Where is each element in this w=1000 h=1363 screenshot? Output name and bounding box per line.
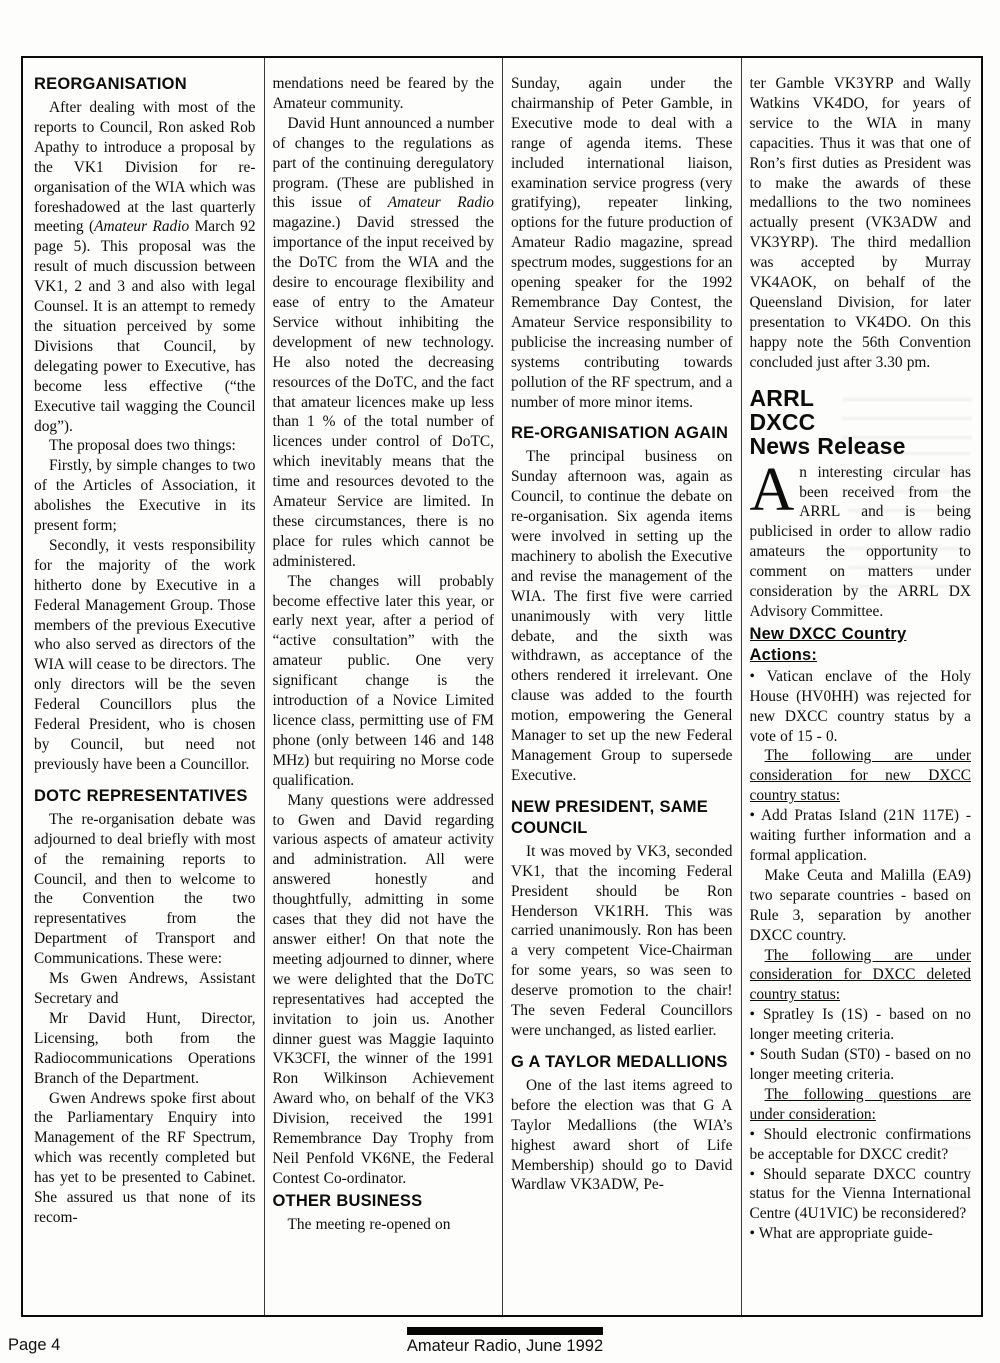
column-rule <box>502 58 503 1315</box>
bullet-item: • Vatican enclave of the Holy House (HV0… <box>750 667 972 747</box>
footer-divider-bar <box>407 1327 603 1335</box>
bullet-item: • Should separate DXCC country status fo… <box>750 1165 972 1225</box>
paragraph: Make Ceuta and Malilla (EA9) two separat… <box>750 866 972 946</box>
paragraph: Mr David Hunt, Director, Licensing, both… <box>34 1009 256 1089</box>
bullet-item: • Spratley Is (1S) - based on no longer … <box>750 1005 972 1045</box>
section-heading: OTHER BUSINESS <box>273 1191 495 1212</box>
page-border-frame: REORGANISATIONAfter dealing with most of… <box>21 56 983 1317</box>
underlined-lead: The following are under consideration fo… <box>750 946 972 1006</box>
section-heading: G A TAYLOR MEDALLIONS <box>511 1052 733 1073</box>
section-heading: REORGANISATION <box>34 74 256 95</box>
column-rule <box>264 58 265 1315</box>
paragraph: Many questions were addressed to Gwen an… <box>273 791 495 1189</box>
footer-page-number: Page 4 <box>8 1336 60 1355</box>
paragraph: One of the last items agreed to before t… <box>511 1076 733 1195</box>
paragraph: The re-organisation debate was adjourned… <box>34 810 256 969</box>
bullet-item: • What are appropriate guide- <box>750 1224 972 1244</box>
paragraph: Sunday, again under the chairmanship of … <box>511 74 733 412</box>
bullet-item: • South Sudan (ST0) - based on no longer… <box>750 1045 972 1085</box>
section-heading: NEW PRESIDENT, SAME COUNCIL <box>511 797 733 839</box>
paragraph: Secondly, it vests responsibility for th… <box>34 536 256 775</box>
drop-cap: A <box>750 463 800 515</box>
paragraph: ter Gamble VK3YRP and Wally Watkins VK4D… <box>750 74 972 373</box>
column-3: Sunday, again under the chairmanship of … <box>511 74 733 1307</box>
paragraph: After dealing with most of the reports t… <box>34 98 256 436</box>
footer-journal-title: Amateur Radio, June 1992 <box>392 1337 618 1356</box>
sub-heading: New DXCC Country Actions: <box>750 624 972 666</box>
magazine-page: REORGANISATIONAfter dealing with most of… <box>0 0 1000 1363</box>
paragraph: The meeting re-opened on <box>273 1215 495 1235</box>
paragraph: The principal business on Sunday afterno… <box>511 447 733 785</box>
column-2: mendations need be feared by the Amateur… <box>273 74 495 1307</box>
paragraph: Ms Gwen Andrews, Assistant Secretary and <box>34 969 256 1009</box>
bullet-item: • Add Pratas Island (21N 117E) - waiting… <box>750 806 972 866</box>
paragraph: The proposal does two things: <box>34 436 256 456</box>
article-title: ARRLDXCCNews Release <box>750 386 972 458</box>
paragraph: The changes will probably become effecti… <box>273 572 495 791</box>
paragraph: Firstly, by simple changes to two of the… <box>34 456 256 536</box>
underlined-lead: The following questions are under consid… <box>750 1085 972 1125</box>
paragraph: David Hunt announced a number of changes… <box>273 114 495 572</box>
paragraph: Gwen Andrews spoke first about the Parli… <box>34 1089 256 1228</box>
section-heading: DOTC REPRESENTATIVES <box>34 786 256 807</box>
underlined-lead: The following are under consideration fo… <box>750 746 972 806</box>
column-rule <box>741 58 742 1315</box>
bullet-item: • Should electronic confirmations be acc… <box>750 1125 972 1165</box>
dropcap-paragraph: An interesting circular has been receive… <box>750 463 972 622</box>
column-4: ter Gamble VK3YRP and Wally Watkins VK4D… <box>750 74 972 1307</box>
column-1: REORGANISATIONAfter dealing with most of… <box>34 74 256 1307</box>
paragraph: It was moved by VK3, seconded VK1, that … <box>511 842 733 1041</box>
paragraph: mendations need be feared by the Amateur… <box>273 74 495 114</box>
section-heading: RE-ORGANISATION AGAIN <box>511 423 733 444</box>
